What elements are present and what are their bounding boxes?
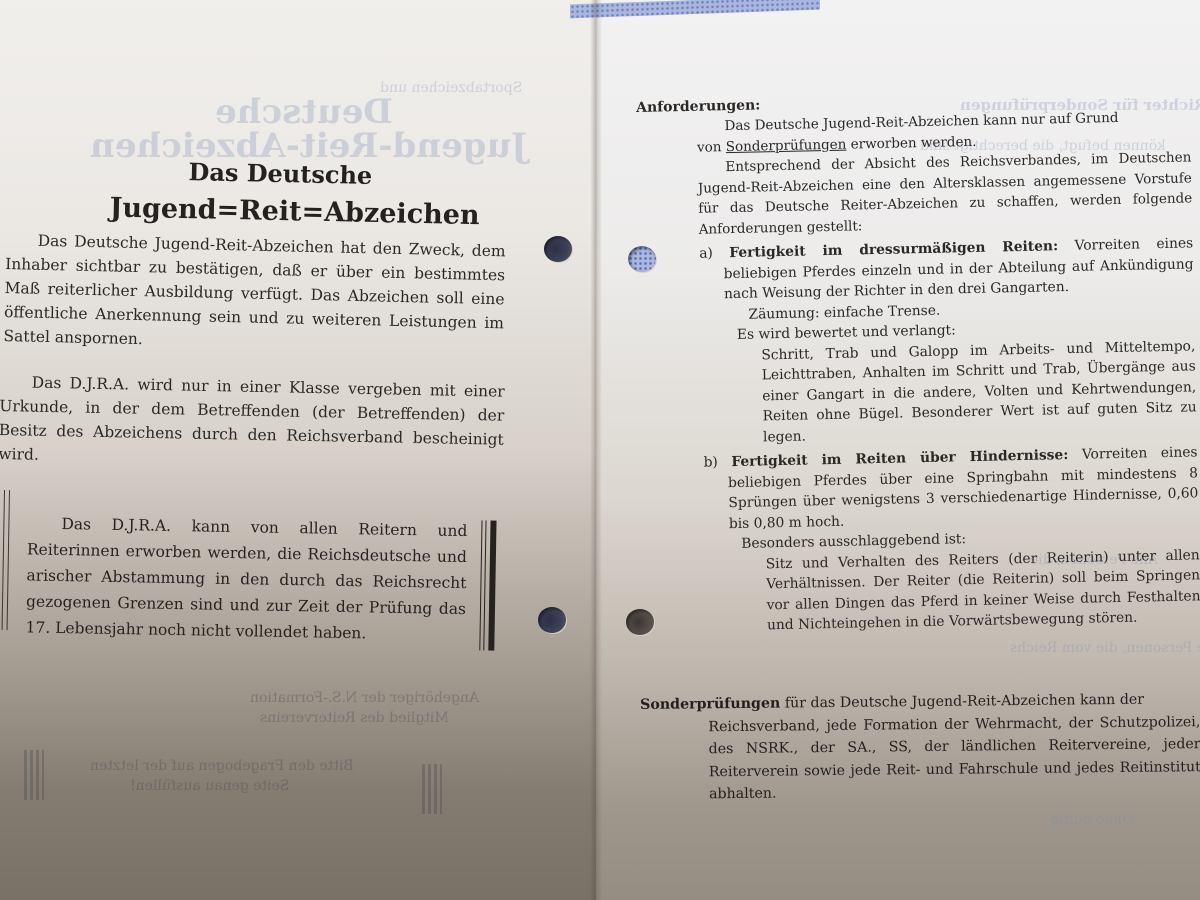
bleed-through-text: Mitglied des Reitervereins (260, 710, 449, 726)
paragraph-text: Das D.J.R.A. wird nur in einer Klasse ve… (0, 374, 505, 464)
item-title: Fertigkeit im dressurmäßigen Reiten: (729, 238, 1058, 261)
bleed-through-text: Sportabzeichen und (380, 80, 522, 96)
punch-hole-icon (544, 236, 572, 262)
requirement-a: a) Fertigkeit im dressurmäßigen Reiten: … (639, 233, 1200, 306)
class-paragraph: Das D.J.R.A. wird nur in einer Klasse ve… (0, 370, 505, 476)
intro-paragraph: Entsprechend der Absicht des Reichsverba… (637, 147, 1199, 241)
evaluated-text: Schritt, Trab und Galopp im Arbeits- und… (641, 336, 1200, 450)
item-marker: a) (699, 245, 713, 261)
bleed-through-text: Angehöriger der N.S.-Formation (250, 690, 479, 706)
item-marker: b) (703, 454, 718, 470)
decorative-bars-icon (422, 764, 442, 814)
decorative-bars-icon (24, 750, 44, 800)
bold-lead: Sonderprüfungen (640, 696, 780, 713)
requirement-b: b) Fertigkeit im Reiten über Hindernisse… (643, 442, 1200, 536)
paragraph-text: Entsprechend der Absicht des Reichsverba… (698, 149, 1193, 237)
bleed-through-text: Alle Personen, die vom Reichs (1010, 640, 1200, 656)
box-rule-left (2, 490, 10, 630)
purpose-paragraph: Das Deutsche Jugend-Reit-Abzeichen hat d… (3, 228, 506, 359)
special-exams-paragraph: Sonderprüfungen für das Deutsche Jugend-… (640, 688, 1200, 806)
book-gutter (590, 0, 602, 900)
paragraph-text: Das D.J.R.A. kann von allen Reitern und … (25, 515, 467, 642)
text-fragment: von (697, 139, 726, 156)
decisive-text: Sitz und Verhalten des Reiters (der Reit… (646, 545, 1200, 639)
special-exams-body: Reichsverband, jede Formation der Wehrma… (640, 711, 1200, 807)
item-title: Fertigkeit im Reiten über Hindernisse: (731, 447, 1068, 470)
punch-hole-icon (538, 607, 566, 633)
text-fragment: erworben werden. (846, 133, 976, 152)
eligibility-box: Das D.J.R.A. kann von allen Reitern und … (1, 490, 504, 659)
eligibility-paragraph: Das D.J.R.A. kann von allen Reitern und … (25, 510, 467, 648)
bleed-through-footer: Angehöriger der N.S.-Formation Mitglied … (20, 680, 520, 810)
requirements-section: Anforderungen: Das Deutsche Jugend-Reit-… (636, 88, 1200, 638)
bleed-through-text: Seite genau ausfüllen! (130, 778, 289, 794)
page-title: Das Deutsche Jugend=Reit=Abzeichen (109, 151, 451, 234)
text-fragment: für das Deutsche Jugend-Reit-Abzeichen k… (780, 692, 1144, 712)
title-line-2: Jugend=Reit=Abzeichen (109, 189, 450, 234)
box-rule-right (479, 520, 497, 650)
bleed-through-text: Ohne gültig (1050, 812, 1134, 828)
bleed-through-text: Bitte den Fragebogen auf der letzten (90, 758, 354, 774)
paragraph-text: Das Deutsche Jugend-Reit-Abzeichen hat d… (3, 232, 505, 348)
underlined-term: Sonderprüfungen (726, 136, 847, 155)
